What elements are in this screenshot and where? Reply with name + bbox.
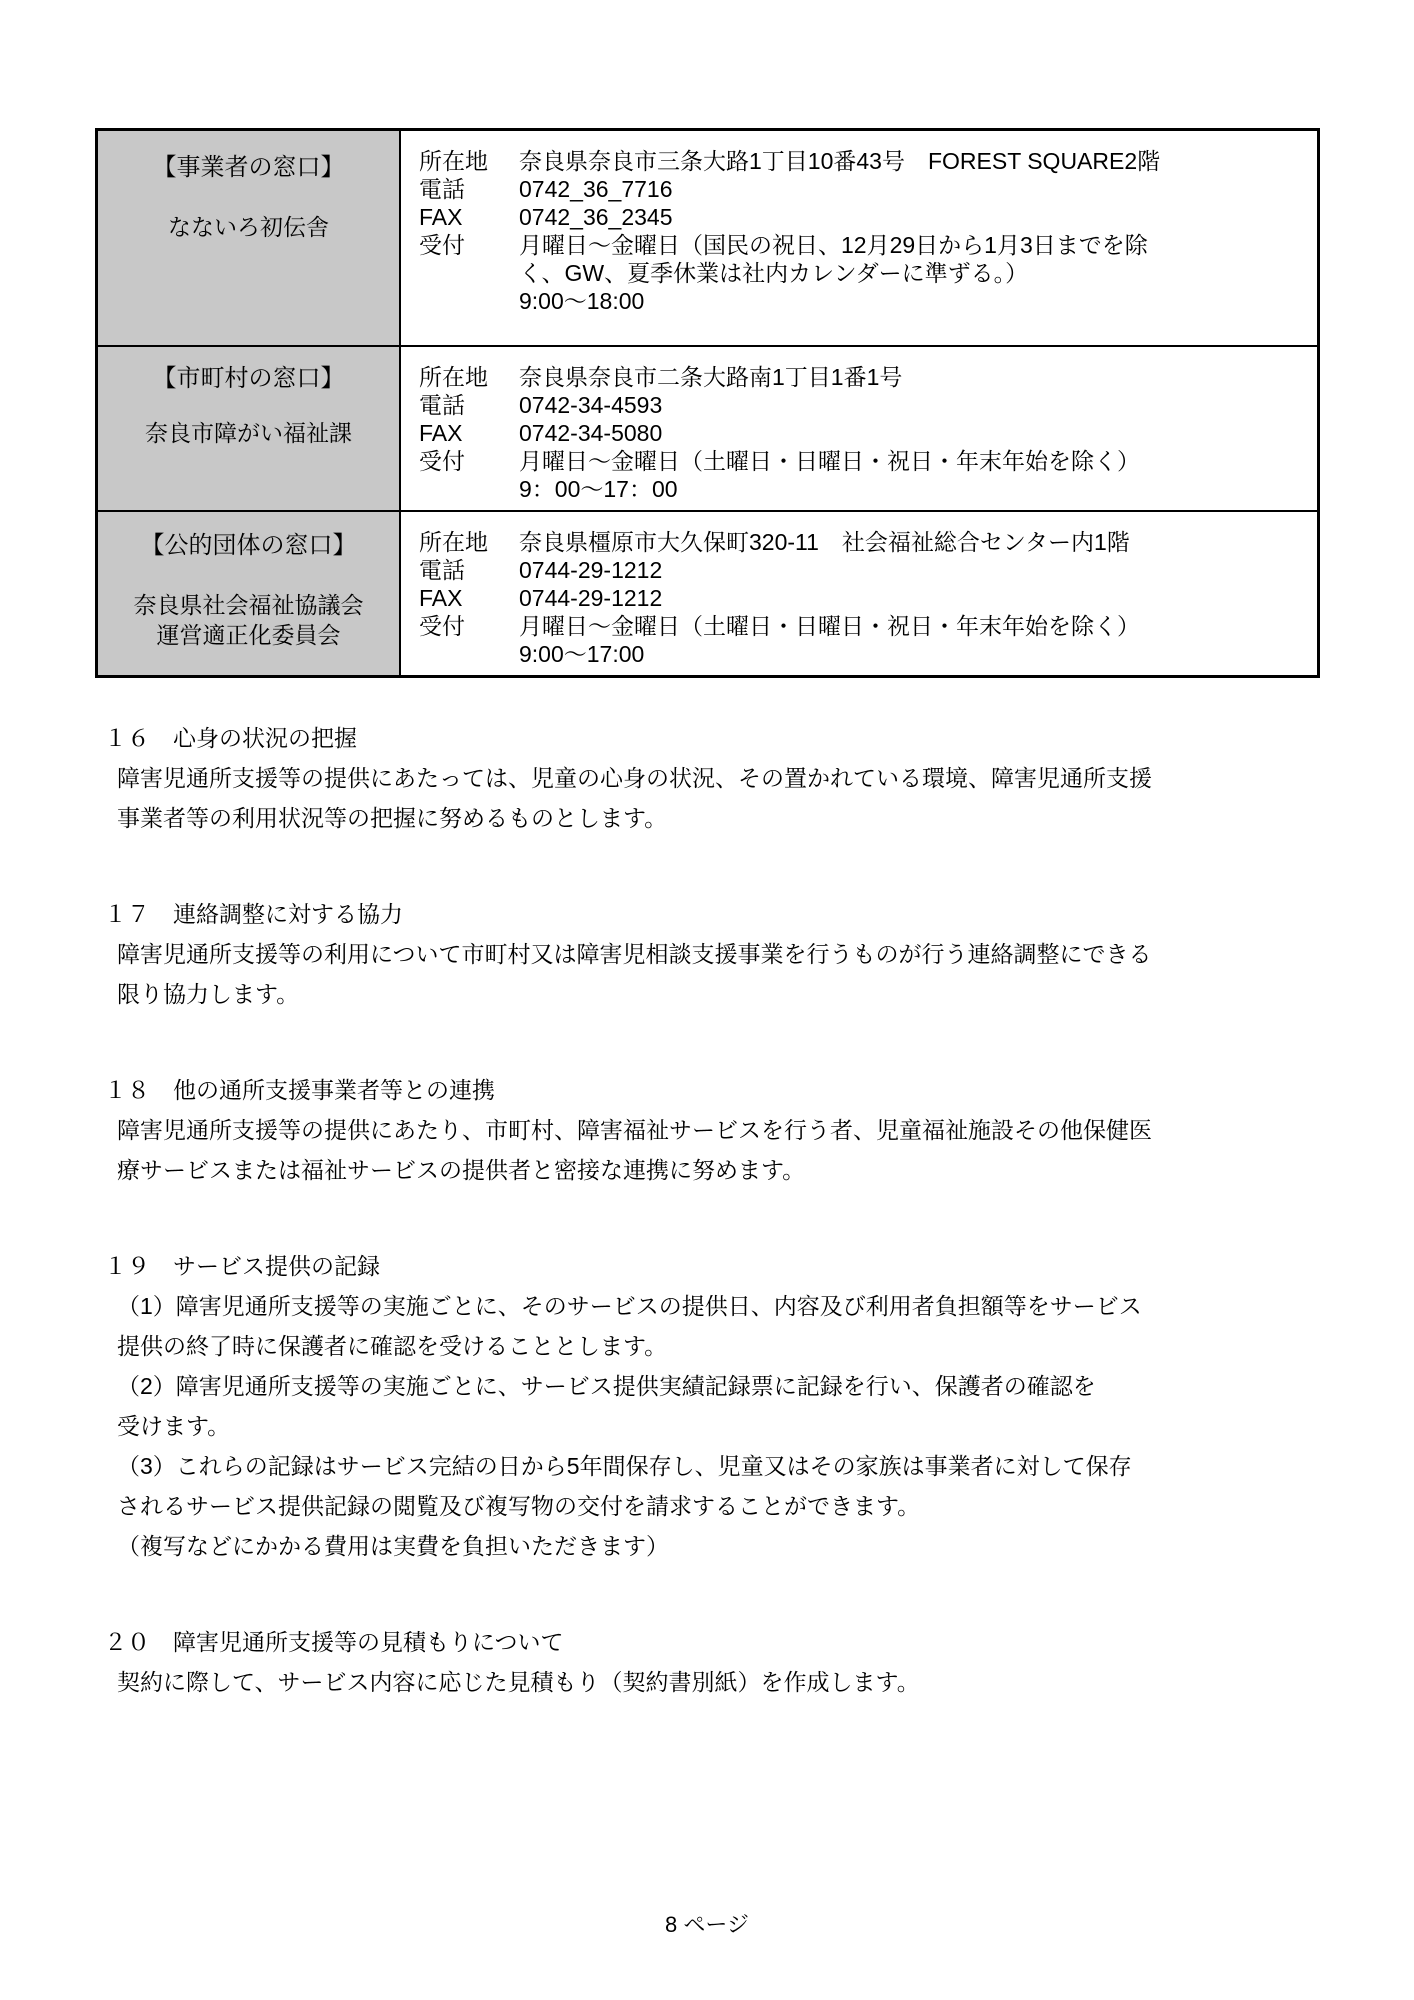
field-row: FAX 0744-29-1212 — [419, 584, 1303, 612]
field-label: 受付 — [419, 612, 519, 668]
category-cell: 【公的団体の窓口】 奈良県社会福祉協議会 運営適正化委員会 — [98, 512, 401, 675]
field-value: 奈良県奈良市三条大路1丁目10番43号 FOREST SQUARE2階 — [519, 147, 1303, 175]
table-row: 【公的団体の窓口】 奈良県社会福祉協議会 運営適正化委員会 所在地 奈良県橿原市… — [98, 510, 1317, 675]
section-18: １８ 他の通所支援事業者等との連携 障害児通所支援等の提供にあたり、市町村、障害… — [95, 1070, 1320, 1190]
field-row: 電話 0744-29-1212 — [419, 556, 1303, 584]
field-row: FAX 0742-34-5080 — [419, 419, 1303, 447]
category-title: 【市町村の窓口】 — [98, 365, 399, 393]
field-value: 月曜日〜金曜日（国民の祝日、12月29日から1月3日までを除 く、GW、夏季休業… — [519, 231, 1303, 315]
field-value: 奈良県橿原市大久保町320-11 社会福祉総合センター内1階 — [519, 528, 1303, 556]
organization-name: なないろ初伝舎 — [98, 212, 399, 242]
field-label: 受付 — [419, 447, 519, 503]
section-17: １７ 連絡調整に対する協力 障害児通所支援等の利用について市町村又は障害児相談支… — [95, 894, 1320, 1014]
field-value: 月曜日〜金曜日（土曜日・日曜日・祝日・年末年始を除く） 9:00〜17:00 — [519, 612, 1303, 668]
field-label: FAX — [419, 203, 519, 231]
field-label: 所在地 — [419, 147, 519, 175]
field-row: 受付 月曜日〜金曜日（土曜日・日曜日・祝日・年末年始を除く） 9：00〜17：0… — [419, 447, 1303, 503]
field-value: 0742_36_2345 — [519, 203, 1303, 231]
field-row: 受付 月曜日〜金曜日（土曜日・日曜日・祝日・年末年始を除く） 9:00〜17:0… — [419, 612, 1303, 668]
field-row: FAX 0742_36_2345 — [419, 203, 1303, 231]
table-row: 【市町村の窓口】 奈良市障がい福祉課 所在地 奈良県奈良市二条大路南1丁目1番1… — [98, 345, 1317, 510]
field-label: 所在地 — [419, 528, 519, 556]
section-body: 契約に際して、サービス内容に応じた見積もり（契約書別紙）を作成します。 — [95, 1662, 1320, 1702]
field-label: FAX — [419, 419, 519, 447]
organization-name: 奈良県社会福祉協議会 運営適正化委員会 — [98, 590, 399, 650]
section-heading: １８ 他の通所支援事業者等との連携 — [95, 1070, 1320, 1110]
field-label: 所在地 — [419, 363, 519, 391]
field-row: 電話 0742-34-4593 — [419, 391, 1303, 419]
category-title: 【事業者の窓口】 — [98, 154, 399, 182]
category-cell: 【事業者の窓口】 なないろ初伝舎 — [98, 131, 401, 345]
table-row: 【事業者の窓口】 なないろ初伝舎 所在地 奈良県奈良市三条大路1丁目10番43号… — [98, 131, 1317, 345]
field-label: FAX — [419, 584, 519, 612]
section-19: １９ サービス提供の記録 （1）障害児通所支援等の実施ごとに、そのサービスの提供… — [95, 1246, 1320, 1566]
section-body: 障害児通所支援等の提供にあたり、市町村、障害福祉サービスを行う者、児童福祉施設そ… — [95, 1110, 1320, 1190]
section-heading: ２０ 障害児通所支援等の見積もりについて — [95, 1622, 1320, 1662]
section-body: 障害児通所支援等の提供にあたっては、児童の心身の状況、その置かれている環境、障害… — [95, 758, 1320, 838]
category-title: 【公的団体の窓口】 — [98, 532, 399, 560]
organization-name: 奈良市障がい福祉課 — [98, 418, 399, 448]
section-heading: １７ 連絡調整に対する協力 — [95, 894, 1320, 934]
section-body: 障害児通所支援等の利用について市町村又は障害児相談支援事業を行うものが行う連絡調… — [95, 934, 1320, 1014]
field-value: 0742-34-5080 — [519, 419, 1303, 447]
field-row: 受付 月曜日〜金曜日（国民の祝日、12月29日から1月3日までを除 く、GW、夏… — [419, 231, 1303, 315]
field-value: 月曜日〜金曜日（土曜日・日曜日・祝日・年末年始を除く） 9：00〜17：00 — [519, 447, 1303, 503]
field-row: 電話 0742_36_7716 — [419, 175, 1303, 203]
info-cell: 所在地 奈良県奈良市二条大路南1丁目1番1号 電話 0742-34-4593 F… — [401, 347, 1317, 510]
field-label: 受付 — [419, 231, 519, 315]
field-label: 電話 — [419, 556, 519, 584]
field-label: 電話 — [419, 175, 519, 203]
section-body: （1）障害児通所支援等の実施ごとに、そのサービスの提供日、内容及び利用者負担額等… — [95, 1286, 1320, 1566]
document-page: 【事業者の窓口】 なないろ初伝舎 所在地 奈良県奈良市三条大路1丁目10番43号… — [0, 0, 1414, 2000]
section-heading: １６ 心身の状況の把握 — [95, 718, 1320, 758]
field-value: 0744-29-1212 — [519, 556, 1303, 584]
field-row: 所在地 奈良県奈良市三条大路1丁目10番43号 FOREST SQUARE2階 — [419, 147, 1303, 175]
info-cell: 所在地 奈良県奈良市三条大路1丁目10番43号 FOREST SQUARE2階 … — [401, 131, 1317, 345]
field-row: 所在地 奈良県橿原市大久保町320-11 社会福祉総合センター内1階 — [419, 528, 1303, 556]
section-16: １６ 心身の状況の把握 障害児通所支援等の提供にあたっては、児童の心身の状況、そ… — [95, 718, 1320, 838]
section-heading: １９ サービス提供の記録 — [95, 1246, 1320, 1286]
page-content: 【事業者の窓口】 なないろ初伝舎 所在地 奈良県奈良市三条大路1丁目10番43号… — [95, 128, 1320, 1702]
field-value: 0742_36_7716 — [519, 175, 1303, 203]
field-value: 奈良県奈良市二条大路南1丁目1番1号 — [519, 363, 1303, 391]
field-row: 所在地 奈良県奈良市二条大路南1丁目1番1号 — [419, 363, 1303, 391]
page-number: 8 ページ — [665, 1912, 749, 1937]
page-footer: 8 ページ — [0, 1905, 1414, 1945]
field-value: 0744-29-1212 — [519, 584, 1303, 612]
contact-table: 【事業者の窓口】 なないろ初伝舎 所在地 奈良県奈良市三条大路1丁目10番43号… — [95, 128, 1320, 678]
section-20: ２０ 障害児通所支援等の見積もりについて 契約に際して、サービス内容に応じた見積… — [95, 1622, 1320, 1702]
field-label: 電話 — [419, 391, 519, 419]
info-cell: 所在地 奈良県橿原市大久保町320-11 社会福祉総合センター内1階 電話 07… — [401, 512, 1317, 675]
category-cell: 【市町村の窓口】 奈良市障がい福祉課 — [98, 347, 401, 510]
field-value: 0742-34-4593 — [519, 391, 1303, 419]
